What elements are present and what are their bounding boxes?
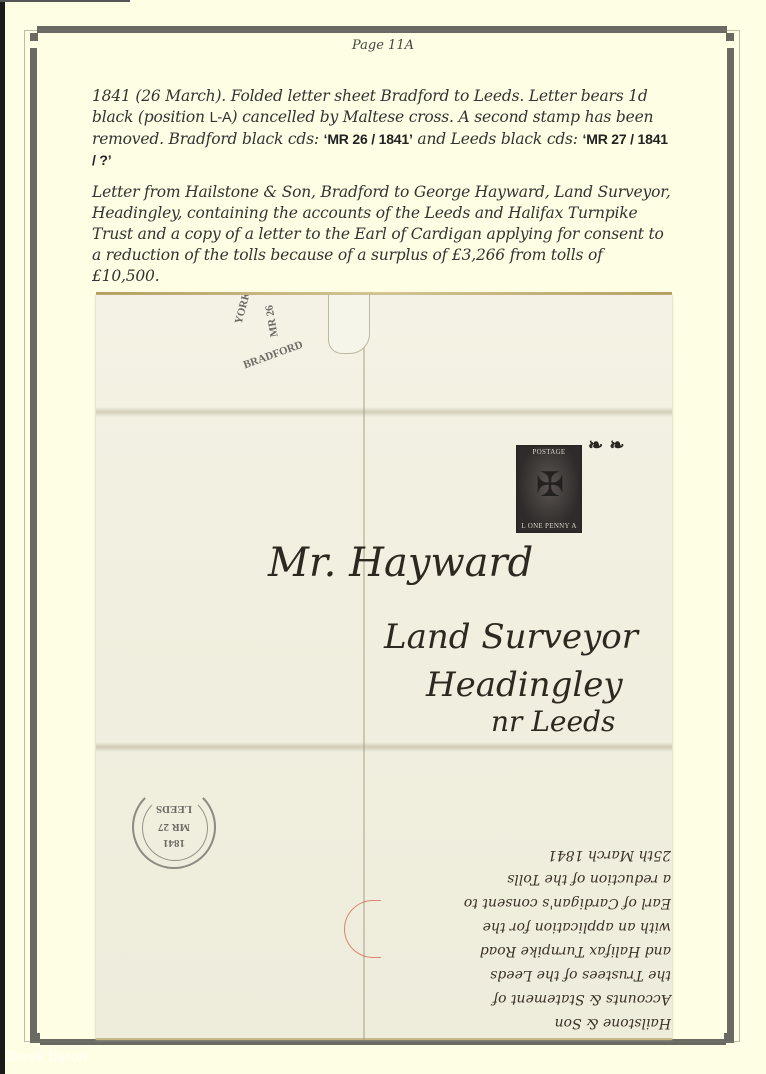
fold-line [96,407,672,417]
stamp-bottom: L ONE PENNY A [518,522,580,530]
page-title: Page 11A [0,38,766,53]
docket-line: the Trustees of the Leeds [351,963,671,987]
postmark-town: LEEDS [134,803,214,815]
address-line-1: Mr. Hayward [268,540,533,586]
address-line-3: Headingley [426,665,623,705]
leeds-postmark: 1841 MR 27 LEEDS [132,785,216,869]
maltese-cross-icon: ✠ [532,467,568,503]
seal-tear [328,295,370,354]
letter-sheet: YORKS MR 26 BRADFORD ❧ ❧ POSTAGE ✠ L ONE… [96,295,672,1040]
scan-edge [0,0,5,1074]
stamp-top-text: POSTAGE [518,448,580,456]
docket-line: Hailstone & Son [351,1011,671,1035]
cancel-ink-marks: ❧ ❧ [588,435,624,456]
stamp-corner-left: L [521,522,525,530]
postmark-town: BRADFORD [242,339,305,372]
bradford-cds-text: ‘MR 26 / 1841’ [324,131,413,147]
postmark-year: 1841 [134,837,214,849]
bradford-postmark: YORKS MR 26 BRADFORD [214,295,302,371]
stamp-value-text: ONE PENNY [528,522,570,530]
plate-position: L-A [210,110,232,126]
docket-line: Accounts & Statement of [351,987,671,1011]
description-paragraph-1: 1841 (26 March). Folded letter sheet Bra… [92,86,672,171]
address-line-4: nr Leeds [491,705,615,738]
fold-line [96,742,672,752]
description-paragraph-2: Letter from Hailstone & Son, Bradford to… [92,182,672,287]
docket-line: a reduction of the Tolls [351,867,671,891]
docket-line: Earl of Cardigan's consent to [351,891,671,915]
postmark-date: MR 26 [263,304,280,338]
watermark: Derek Baron [6,1050,87,1065]
docket-inscription: Hailstone & Son Accounts & Statement of … [351,775,671,1035]
docket-line: 25th March 1841 [351,843,671,867]
postmark-ring-text: YORKS [233,295,255,325]
address-line-2: Land Surveyor [384,617,638,657]
stamp-corner-right: A [571,522,576,530]
postmark-date: MR 27 [134,821,214,833]
docket-line: with an application for the [351,915,671,939]
docket-line: and Halifax Turnpike Road [351,939,671,963]
penny-black-stamp: POSTAGE ✠ L ONE PENNY A [516,445,582,533]
scan-edge-top [0,0,130,2]
desc-text: and Leeds black cds: [413,130,583,148]
